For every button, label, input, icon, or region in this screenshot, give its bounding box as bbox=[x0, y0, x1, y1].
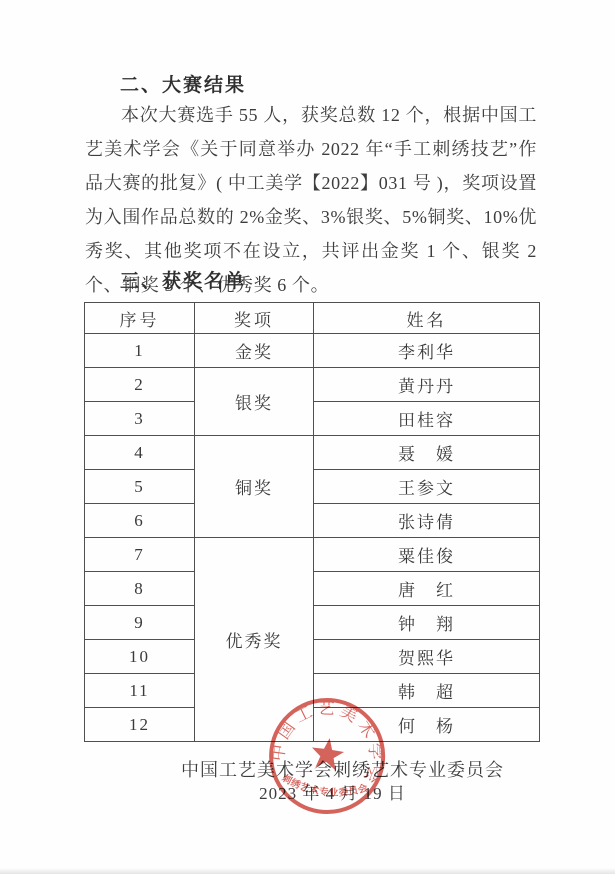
name-cell: 何 杨 bbox=[314, 708, 540, 742]
section-heading-winners: 三、获奖名单 bbox=[120, 266, 246, 293]
name-cell: 李利华 bbox=[314, 334, 540, 368]
award-table: 序号 奖项 姓名 1金奖李利华2银奖黄丹丹3田桂容4铜奖聂 媛5王参文6张诗倩7… bbox=[84, 302, 540, 742]
serial-cell: 6 bbox=[85, 504, 195, 538]
serial-cell: 5 bbox=[85, 470, 195, 504]
serial-cell: 2 bbox=[85, 368, 195, 402]
serial-cell: 8 bbox=[85, 572, 195, 606]
table-row: 4铜奖聂 媛 bbox=[85, 436, 540, 470]
name-cell: 王参文 bbox=[314, 470, 540, 504]
name-cell: 张诗倩 bbox=[314, 504, 540, 538]
name-cell: 粟佳俊 bbox=[314, 538, 540, 572]
serial-cell: 9 bbox=[85, 606, 195, 640]
serial-cell: 12 bbox=[85, 708, 195, 742]
serial-cell: 11 bbox=[85, 674, 195, 708]
header-name: 姓名 bbox=[314, 303, 540, 334]
table-header-row: 序号 奖项 姓名 bbox=[85, 303, 540, 334]
serial-cell: 1 bbox=[85, 334, 195, 368]
name-cell: 唐 红 bbox=[314, 572, 540, 606]
header-serial: 序号 bbox=[85, 303, 195, 334]
document-page: 二、大赛结果 本次大赛选手 55 人，获奖总数 12 个，根据中国工艺美术学会《… bbox=[0, 0, 615, 874]
name-cell: 贺熙华 bbox=[314, 640, 540, 674]
award-cell: 铜奖 bbox=[195, 436, 314, 538]
page-bottom-edge bbox=[0, 868, 615, 874]
table-row: 2银奖黄丹丹 bbox=[85, 368, 540, 402]
name-cell: 黄丹丹 bbox=[314, 368, 540, 402]
serial-cell: 7 bbox=[85, 538, 195, 572]
serial-cell: 10 bbox=[85, 640, 195, 674]
name-cell: 聂 媛 bbox=[314, 436, 540, 470]
name-cell: 韩 超 bbox=[314, 674, 540, 708]
serial-cell: 3 bbox=[85, 402, 195, 436]
table-row: 7优秀奖粟佳俊 bbox=[85, 538, 540, 572]
award-cell: 优秀奖 bbox=[195, 538, 314, 742]
name-cell: 田桂容 bbox=[314, 402, 540, 436]
award-cell: 金奖 bbox=[195, 334, 314, 368]
header-award: 奖项 bbox=[195, 303, 314, 334]
table-row: 1金奖李利华 bbox=[85, 334, 540, 368]
serial-cell: 4 bbox=[85, 436, 195, 470]
section-heading-results: 二、大赛结果 bbox=[120, 70, 246, 97]
name-cell: 钟 翔 bbox=[314, 606, 540, 640]
footer-date: 2023 年 4 月 19 日 bbox=[25, 779, 615, 804]
award-table-body: 1金奖李利华2银奖黄丹丹3田桂容4铜奖聂 媛5王参文6张诗倩7优秀奖粟佳俊8唐 … bbox=[85, 334, 540, 742]
award-cell: 银奖 bbox=[195, 368, 314, 436]
